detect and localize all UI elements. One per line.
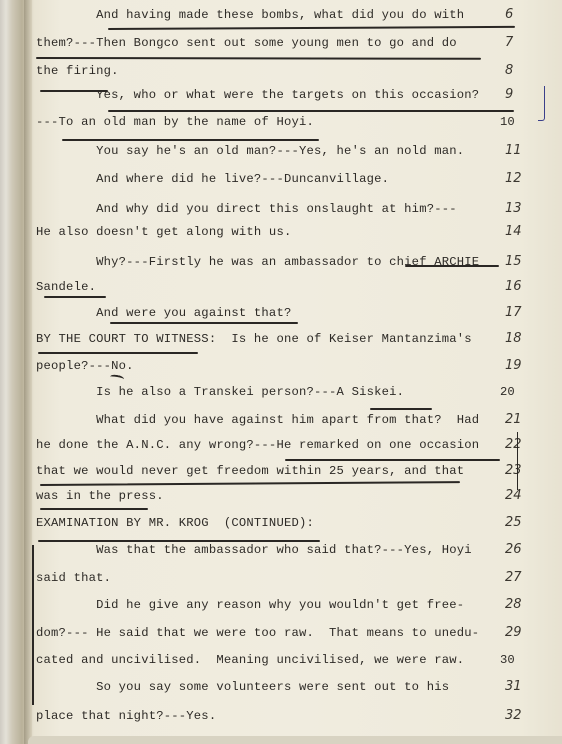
line-number: 25 bbox=[505, 514, 522, 532]
line-number: 23 bbox=[505, 462, 522, 480]
transcript-line: cated and uncivilised. Meaning uncivilis… bbox=[36, 651, 464, 669]
transcript-line: You say he's an old man?---Yes, he's an … bbox=[36, 142, 464, 160]
transcript-line: So you say some volunteers were sent out… bbox=[36, 678, 449, 696]
line-number: 6 bbox=[505, 6, 513, 24]
handwritten-underline bbox=[36, 57, 481, 60]
line-number: 29 bbox=[505, 624, 522, 642]
line-number: 18 bbox=[505, 330, 522, 348]
line-number: 11 bbox=[505, 142, 522, 160]
line-number: 7 bbox=[505, 34, 513, 52]
transcript-line: He also doesn't get along with us. bbox=[36, 223, 291, 241]
page-bottom-edge bbox=[28, 736, 562, 744]
transcript-line: place that night?---Yes. bbox=[36, 707, 216, 725]
line-number: 22 bbox=[505, 436, 522, 454]
transcript-line: the firing. bbox=[36, 62, 119, 80]
line-number: 8 bbox=[505, 62, 513, 80]
transcript-line: EXAMINATION BY MR. KROG (CONTINUED): bbox=[36, 514, 314, 532]
transcript-line: Was that the ambassador who said that?--… bbox=[36, 541, 472, 559]
transcript-line: was in the press. bbox=[36, 487, 164, 505]
line-number: 12 bbox=[505, 170, 522, 188]
transcript-line: said that. bbox=[36, 569, 111, 587]
handwritten-underline bbox=[370, 408, 432, 410]
line-number: 19 bbox=[505, 357, 522, 375]
transcript-line: ---To an old man by the name of Hoyi. bbox=[36, 113, 314, 131]
line-number: 21 bbox=[505, 411, 522, 429]
line-number: 10 bbox=[500, 113, 515, 131]
transcript-line: that we would never get freedom within 2… bbox=[36, 462, 464, 480]
transcript-line: BY THE COURT TO WITNESS: Is he one of Ke… bbox=[36, 330, 472, 348]
handwritten-underline bbox=[38, 540, 320, 542]
line-number: 17 bbox=[505, 304, 522, 322]
transcript-line: And were you against that? bbox=[36, 304, 291, 322]
handwritten-underline bbox=[40, 508, 148, 510]
transcript-line: dom?--- He said that we were too raw. Th… bbox=[36, 624, 479, 642]
transcript-line: And where did he live?---Duncanvillage. bbox=[36, 170, 389, 188]
line-number: 26 bbox=[505, 541, 522, 559]
transcript-line: Yes, who or what were the targets on thi… bbox=[36, 86, 479, 104]
handwritten-underline bbox=[405, 265, 499, 267]
handwritten-underline bbox=[40, 481, 460, 486]
transcript-line: Is he also a Transkei person?---A Siskei… bbox=[36, 383, 404, 401]
line-number: 13 bbox=[505, 200, 522, 218]
handwritten-underline bbox=[40, 90, 108, 92]
handwritten-underline bbox=[62, 139, 319, 141]
page-binding-shadow bbox=[24, 0, 32, 744]
line-number: 9 bbox=[505, 86, 513, 104]
line-number: 16 bbox=[505, 278, 522, 296]
line-number: 32 bbox=[505, 707, 522, 725]
handwritten-underline bbox=[38, 352, 198, 354]
transcript-line: them?---Then Bongco sent out some young … bbox=[36, 34, 457, 52]
line-number: 24 bbox=[505, 487, 522, 505]
handwritten-underline bbox=[285, 459, 500, 461]
margin-vertical-mark bbox=[32, 545, 34, 705]
line-number: 27 bbox=[505, 569, 522, 587]
line-number: 28 bbox=[505, 596, 522, 614]
margin-bracket-black bbox=[517, 432, 518, 490]
handwritten-underline bbox=[108, 110, 514, 112]
line-number: 30 bbox=[500, 651, 515, 669]
transcript-line: And having made these bombs, what did yo… bbox=[36, 6, 464, 24]
handwritten-underline bbox=[108, 26, 515, 30]
transcript-line: Did he give any reason why you wouldn't … bbox=[36, 596, 464, 614]
transcript-line: he done the A.N.C. any wrong?---He remar… bbox=[36, 436, 479, 454]
line-number: 20 bbox=[500, 383, 515, 401]
scanned-transcript-page: And having made these bombs, what did yo… bbox=[0, 0, 562, 744]
margin-bracket-blue bbox=[538, 86, 545, 121]
handwritten-underline bbox=[110, 322, 298, 324]
line-number: 15 bbox=[505, 253, 522, 271]
transcript-line: What did you have against him apart from… bbox=[36, 411, 479, 429]
transcript-line: people?---No. bbox=[36, 357, 134, 375]
handwritten-tick-mark bbox=[110, 374, 125, 382]
line-number: 31 bbox=[505, 678, 522, 696]
transcript-line: Sandele. bbox=[36, 278, 96, 296]
transcript-line: And why did you direct this onslaught at… bbox=[36, 200, 457, 218]
transcript-line: Why?---Firstly he was an ambassador to c… bbox=[36, 253, 479, 271]
line-number: 14 bbox=[505, 223, 522, 241]
handwritten-underline bbox=[44, 296, 106, 298]
